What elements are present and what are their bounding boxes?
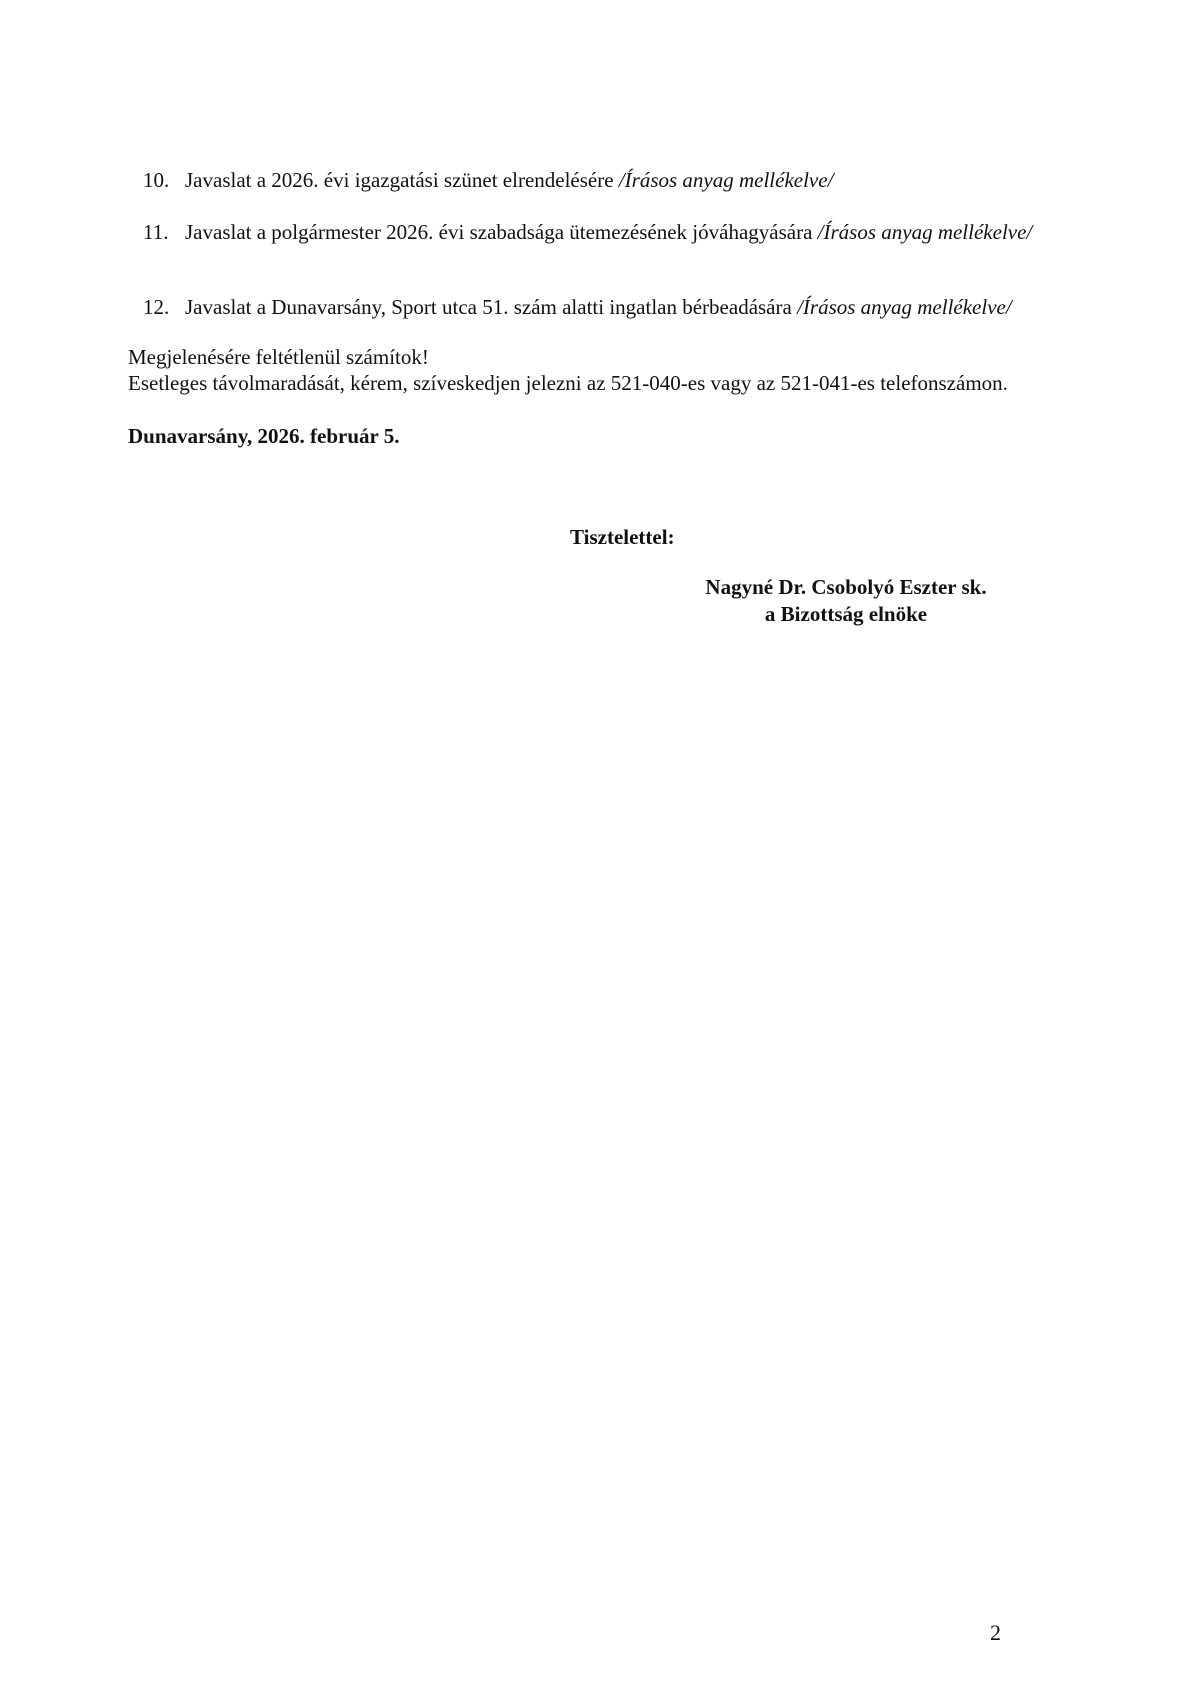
agenda-item-number: 11. [143, 219, 185, 245]
agenda-item-12: 12. Javaslat a Dunavarsány, Sport utca 5… [143, 294, 1050, 320]
absence-notice: Esetleges távolmaradását, kérem, szívesk… [128, 370, 1058, 396]
agenda-item-text: Javaslat a polgármester 2026. évi szabad… [185, 220, 818, 244]
agenda-item-text: Javaslat a Dunavarsány, Sport utca 51. s… [185, 295, 797, 319]
attachment-note: /Írásos anyag mellékelve/ [797, 295, 1012, 319]
salutation: Tisztelettel: [570, 524, 675, 550]
signature-block: Nagyné Dr. Csobolyó Eszter sk. a Bizotts… [690, 574, 1002, 628]
signatory-name: Nagyné Dr. Csobolyó Eszter sk. [690, 574, 1002, 601]
attachment-note: /Írásos anyag mellékelve/ [818, 220, 1033, 244]
agenda-item-text: Javaslat a 2026. évi igazgatási szünet e… [185, 168, 619, 192]
signatory-title: a Bizottság elnöke [690, 601, 1002, 628]
agenda-item-body: Javaslat a polgármester 2026. évi szabad… [185, 219, 1050, 245]
agenda-item-11: 11. Javaslat a polgármester 2026. évi sz… [143, 219, 1050, 245]
attendance-request: Megjelenésére feltétlenül számítok! [128, 344, 1058, 370]
agenda-item-body: Javaslat a Dunavarsány, Sport utca 51. s… [185, 294, 1050, 320]
place-and-date: Dunavarsány, 2026. február 5. [128, 423, 399, 449]
agenda-item-body: Javaslat a 2026. évi igazgatási szünet e… [185, 167, 1050, 193]
attachment-note: /Írásos anyag mellékelve/ [619, 168, 834, 192]
agenda-item-10: 10. Javaslat a 2026. évi igazgatási szün… [143, 167, 1050, 193]
document-page: 10. Javaslat a 2026. évi igazgatási szün… [0, 0, 1190, 1683]
agenda-item-number: 12. [143, 294, 185, 320]
page-number: 2 [990, 1620, 1001, 1646]
agenda-item-number: 10. [143, 167, 185, 193]
